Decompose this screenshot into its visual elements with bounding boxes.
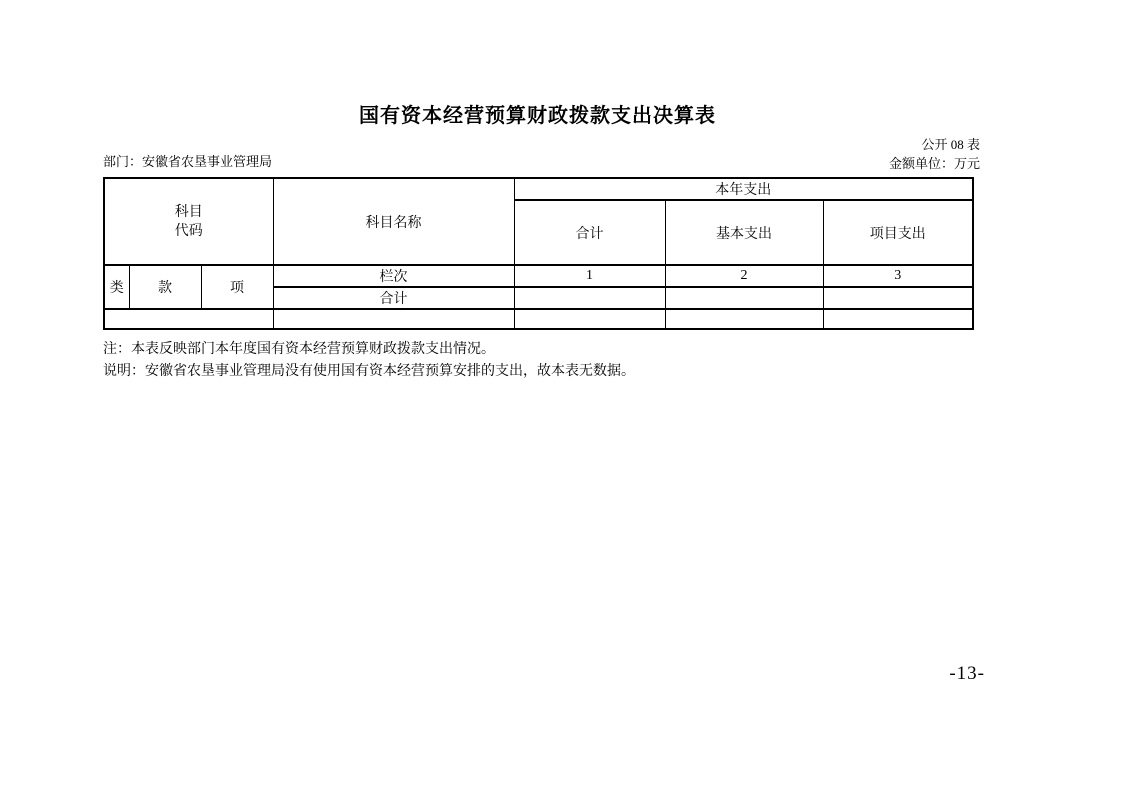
header-basic-expenditure: 基本支出	[665, 200, 823, 265]
total-row-project-value	[823, 287, 973, 309]
header-subject-code: 科目 代码	[104, 178, 273, 265]
total-row-total-value	[514, 287, 665, 309]
expenditure-table: 科目 代码 科目名称 本年支出 合计 基本支出 项目支出 类 款 项 栏次 1 …	[103, 177, 974, 330]
header-subject-name: 科目名称	[273, 178, 514, 265]
page-number: -13-	[949, 663, 985, 685]
subheader-row-label: 栏次	[273, 265, 514, 287]
subheader-section: 款	[129, 265, 201, 309]
total-row-label: 合计	[273, 287, 514, 309]
table-note: 注：本表反映部门本年度国有资本经营预算财政拨款支出情况。	[103, 341, 495, 359]
table-row	[104, 309, 973, 329]
table-explanation: 说明：安徽省农垦事业管理局没有使用国有资本经营预算安排的支出，故本表无数据。	[103, 363, 635, 381]
empty-row-total-cell	[514, 309, 665, 329]
column-number-3: 3	[823, 265, 973, 287]
header-project-expenditure: 项目支出	[823, 200, 973, 265]
empty-row-code-cell	[104, 309, 273, 329]
total-row-basic-value	[665, 287, 823, 309]
unit-label: 金额单位：万元	[889, 156, 980, 171]
document-content: 国有资本经营预算财政拨款支出决算表 公开 08 表 部门：安徽省农垦事业管理局 …	[103, 0, 972, 794]
header-total: 合计	[514, 200, 665, 265]
empty-row-name-cell	[273, 309, 514, 329]
table-row: 类 款 项 栏次 1 2 3	[104, 265, 973, 287]
document-page: 国有资本经营预算财政拨款支出决算表 公开 08 表 部门：安徽省农垦事业管理局 …	[0, 0, 1123, 794]
table-row: 科目 代码 科目名称 本年支出	[104, 178, 973, 200]
column-number-1: 1	[514, 265, 665, 287]
empty-row-project-cell	[823, 309, 973, 329]
page-title: 国有资本经营预算财政拨款支出决算表	[103, 104, 972, 128]
form-code-label: 公开 08 表	[921, 137, 980, 152]
column-number-2: 2	[665, 265, 823, 287]
department-label: 部门：安徽省农垦事业管理局	[103, 154, 272, 169]
header-current-year-expenditure: 本年支出	[514, 178, 973, 200]
empty-row-basic-cell	[665, 309, 823, 329]
subheader-item: 项	[201, 265, 273, 309]
subheader-category: 类	[104, 265, 129, 309]
